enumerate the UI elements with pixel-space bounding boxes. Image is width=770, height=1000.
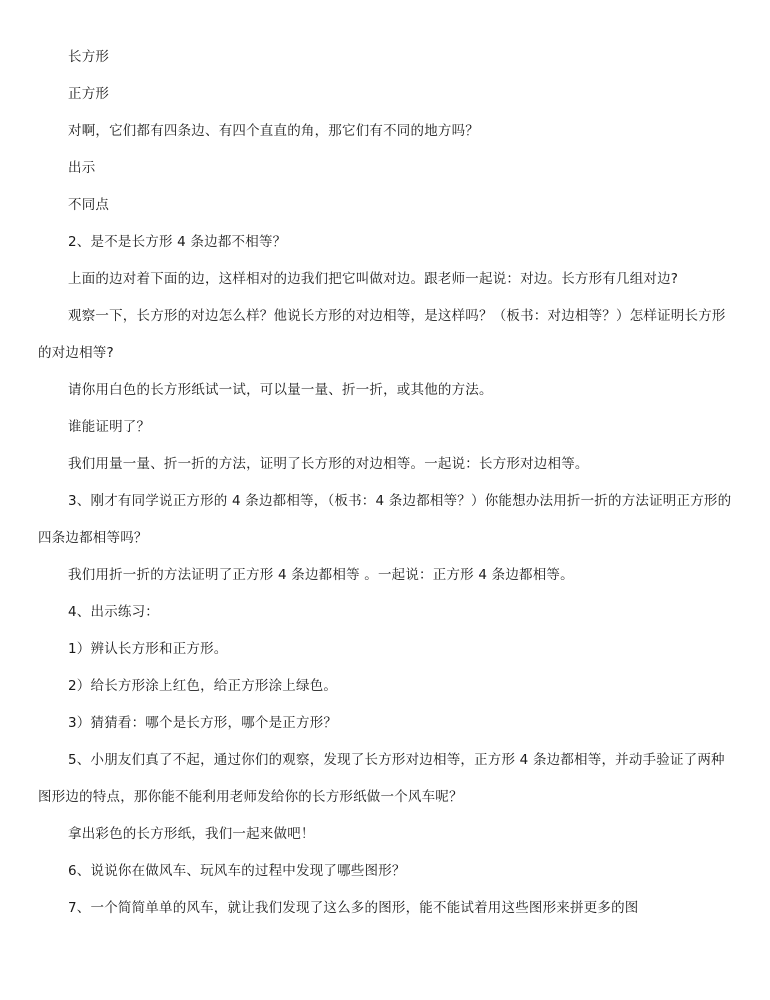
paragraph-rectangle-label: 长方形 — [38, 39, 738, 76]
paragraph-step-2: 2、是不是长方形 4 条边都不相等？ — [38, 224, 738, 261]
paragraph-exercise-3: 3）猜猜看：哪个是长方形，哪个是正方形？ — [38, 705, 738, 742]
paragraph-step-4: 4、出示练习： — [38, 594, 738, 631]
paragraph-try-white-paper: 请你用白色的长方形纸试一试，可以量一量、折一折，或其他的方法。 — [38, 372, 738, 409]
paragraph-colored-paper: 拿出彩色的长方形纸，我们一起来做吧！ — [38, 816, 738, 853]
paragraph-step-7: 7、一个简简单单的风车，就让我们发现了这么多的图形，能不能试着用这些图形来拼更多… — [38, 890, 738, 927]
paragraph-rectangle-conclusion: 我们用量一量、折一折的方法，证明了长方形的对边相等。一起说：长方形对边相等。 — [38, 446, 738, 483]
document-page: 长方形 正方形 对啊，它们都有四条边、有四个直直的角，那它们有不同的地方吗？ 出… — [38, 39, 738, 927]
paragraph-step-3: 3、刚才有同学说正方形的 4 条边都相等，（板书：4 条边都相等？）你能想办法用… — [38, 483, 738, 557]
paragraph-common-features-question: 对啊，它们都有四条边、有四个直直的角，那它们有不同的地方吗？ — [38, 113, 738, 150]
paragraph-exercise-2: 2）给长方形涂上红色，给正方形涂上绿色。 — [38, 668, 738, 705]
paragraph-step-5: 5、小朋友们真了不起，通过你们的观察，发现了长方形对边相等，正方形 4 条边都相… — [38, 742, 738, 816]
paragraph-square-conclusion: 我们用折一折的方法证明了正方形 4 条边都相等 。一起说：正方形 4 条边都相等… — [38, 557, 738, 594]
paragraph-step-6: 6、说说你在做风车、玩风车的过程中发现了哪些图形？ — [38, 853, 738, 890]
paragraph-square-label: 正方形 — [38, 76, 738, 113]
paragraph-who-can-prove: 谁能证明了？ — [38, 409, 738, 446]
paragraph-exercise-1: 1）辨认长方形和正方形。 — [38, 631, 738, 668]
paragraph-differences: 不同点 — [38, 187, 738, 224]
paragraph-opposite-sides-intro: 上面的边对着下面的边，这样相对的边我们把它叫做对边。跟老师一起说：对边。长方形有… — [38, 261, 738, 298]
paragraph-show: 出示 — [38, 150, 738, 187]
paragraph-observe-opposite-sides: 观察一下，长方形的对边怎么样？他说长方形的对边相等，是这样吗？（板书：对边相等？… — [38, 298, 738, 372]
